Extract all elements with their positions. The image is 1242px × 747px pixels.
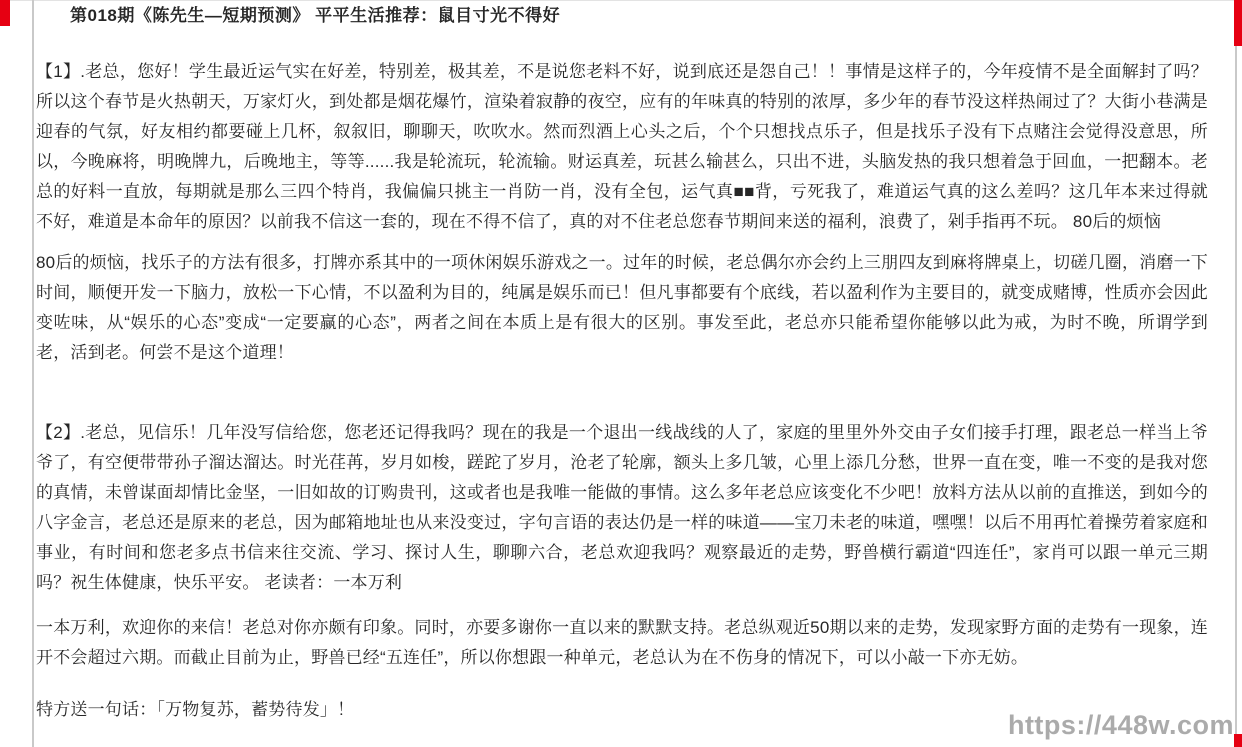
content-left-border	[32, 0, 34, 747]
red-edge-mark-top-right	[1234, 0, 1242, 46]
content-right-border	[1235, 0, 1237, 747]
article-content: 第018期《陈先生—短期预测》 平平生活推荐：鼠目寸光不得好 【1】.老总，您好…	[36, 0, 1208, 725]
site-watermark: https://448w.com	[1008, 710, 1234, 741]
paragraph-editor-reply-2: 一本万利，欢迎你的来信！老总对你亦颇有印象。同时，亦要多谢你一直以来的默默支持。…	[36, 613, 1208, 673]
red-edge-mark-top-left	[0, 0, 10, 26]
paragraph-reader-letter-1: 【1】.老总，您好！学生最近运气实在好差，特别差，极其差，不是说您老料不好，说到…	[36, 57, 1208, 237]
paragraph-reader-letter-2: 【2】.老总，见信乐！几年没写信给您，您老还记得我吗？现在的我是一个退出一线战线…	[36, 418, 1208, 598]
paragraph-editor-reply-1: 80后的烦恼，找乐子的方法有很多，打牌亦系其中的一项休闲娱乐游戏之一。过年的时候…	[36, 248, 1208, 368]
red-edge-mark-bottom-right	[1234, 734, 1242, 747]
page-title: 第018期《陈先生—短期预测》 平平生活推荐：鼠目寸光不得好	[70, 4, 1208, 28]
